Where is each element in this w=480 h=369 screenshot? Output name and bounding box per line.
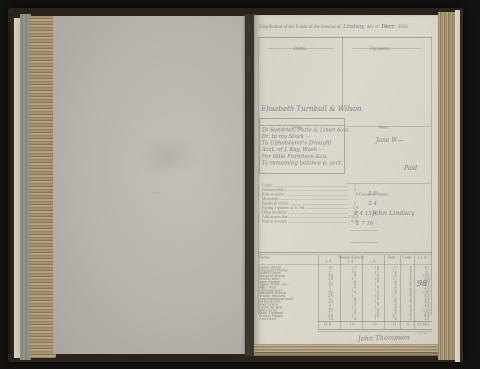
totals-cell: · 14 ·	[336, 322, 359, 327]
schedule-block: Coffin 3 · Session-clerk 3 · Kirk-treasu…	[262, 183, 358, 247]
schedule-total-hw: 3 4	[351, 199, 377, 209]
schedule-brace: {	[256, 185, 261, 197]
executors-rule	[346, 183, 431, 184]
dotted-leader	[288, 213, 347, 214]
totals-name	[258, 322, 313, 327]
totals-grand: £3 18 6	[414, 322, 431, 327]
register-top-rule	[258, 252, 432, 253]
right-cover-edge	[460, 8, 463, 362]
schedule-row-label: Paid to account	[262, 219, 287, 224]
register-cell: · 6	[382, 317, 399, 320]
paid-handwritten: Paid	[404, 165, 417, 172]
debts-box-header: Debts.	[260, 119, 344, 126]
totals-grand: £7 10 ·	[414, 332, 431, 334]
wants-rule	[346, 126, 431, 127]
bottom-page-edges	[254, 344, 450, 356]
totals-cell	[336, 332, 359, 334]
show-through-smudge	[138, 136, 198, 176]
entry-name-handwritten: Elisabeth Turnbull & Wilson	[261, 105, 362, 113]
form-header-year: 1834	[398, 24, 408, 29]
dotted-leader	[280, 200, 348, 201]
dotted-leader	[290, 204, 347, 205]
dotted-leader	[289, 218, 346, 219]
totals-cell: 6 ·	[399, 322, 414, 327]
schedule-brace: {	[256, 211, 261, 223]
signature-handwritten: John Thompson	[358, 333, 410, 342]
schedule-totals-handwritten: 1 83 4£ 4 13 4£ 7 10 ·	[351, 189, 377, 229]
debts-line-handwritten: To Upholsterer's Draught	[262, 140, 344, 147]
register-subheads: s. d.s. d.s. d.	[258, 259, 432, 264]
debts-box: Debts. To Sundries, Plate & Linen &ca.Dr…	[259, 118, 345, 174]
totals-cell: · 18 ·	[359, 322, 382, 327]
dotted-leader	[274, 186, 348, 187]
case-number-handwritten: 98	[417, 279, 427, 288]
schedule-row: Paid to account · 4 10	[262, 219, 358, 224]
register-row-name: Ann Davie	[258, 317, 313, 320]
executor-name-handwritten: John Lindsay	[372, 209, 415, 217]
form-header-printed: Distribution of the Funds of the Session…	[259, 24, 341, 29]
register-rows-clip: Agnes Brown 1 6 · 9 1 6 · 6 4 4 1 Elisab…	[258, 266, 432, 320]
register-totals: £1 9 · · 14 · · 18 · · 11 6 · £3 18 6 £	[258, 322, 432, 334]
register-subhead: s. d.	[318, 259, 340, 264]
register-totals-row: £1 9 · · 14 · · 18 · · 11 6 · £3 18 6	[258, 322, 431, 327]
register-cell: 1 ·	[359, 317, 382, 320]
show-through-mark: ·	[203, 146, 205, 154]
totals-cell	[313, 332, 336, 334]
dotted-leader	[286, 195, 347, 196]
register-row-total: 4 1	[414, 317, 431, 320]
dotted-leader	[285, 191, 347, 192]
debts-box-lines: To Sundries, Plate & Linen &ca.Dr. to my…	[260, 126, 343, 167]
sum-rule	[350, 230, 378, 231]
register-subhead: s. d.	[340, 259, 362, 264]
totals-cell: · 11	[382, 322, 399, 327]
schedule-rows: Coffin 3 · Session-clerk 3 · Kirk-treasu…	[262, 183, 358, 224]
book: — · Distribution of the Funds of the Ses…	[8, 8, 463, 362]
register-cell: · 9	[336, 317, 359, 320]
totals-double-rule-b	[318, 331, 432, 332]
underline-payments	[352, 48, 422, 49]
header-rule	[258, 37, 432, 38]
column-header-payments: Payments.	[357, 40, 417, 58]
form-header-month-handwritten: Decr.	[381, 24, 395, 30]
left-page-blank: — ·	[53, 16, 245, 354]
register-row: Ann Davie 1 6 · 9 1 · · 6 4 4 1	[258, 317, 431, 320]
totals-name	[258, 332, 313, 334]
schedule-total-hw: 1 8	[351, 189, 377, 199]
debts-line-handwritten: To Sundries, Plate & Linen &ca.	[262, 127, 344, 134]
sum-rule-double	[350, 242, 378, 243]
right-page-form: Distribution of the Funds of the Session…	[254, 15, 446, 352]
wants-name-handwritten: Jane W—	[376, 137, 403, 144]
schedule-total-hw: £ 7 10 ·	[351, 219, 377, 229]
register-head-rule	[258, 264, 432, 265]
totals-cell: £1 9 ·	[313, 322, 336, 327]
register-rows: Agnes Brown 1 6 · 9 1 6 · 6 4 4 1 Elisab…	[258, 266, 431, 320]
show-through-mark: —	[153, 188, 160, 196]
register-cell: 4	[399, 317, 414, 320]
column-header-debts: Debts.	[274, 40, 334, 58]
wants-header: Wants.	[346, 119, 431, 137]
register-subhead: s. d.	[362, 259, 384, 264]
photo-of-open-ledger: — · Distribution of the Funds of the Ses…	[0, 0, 480, 369]
mid-column-rule	[342, 37, 343, 108]
underline-debts	[268, 48, 334, 49]
form-header-dayof: day of	[367, 24, 379, 29]
dotted-leader	[306, 209, 347, 210]
debts-line-handwritten: To remaining balance p. acct.	[262, 160, 344, 167]
dotted-leader	[288, 222, 347, 223]
schedule-total-hw: £ 4 13 4	[351, 209, 377, 219]
register-cell: 1 6	[313, 317, 336, 320]
totals-double-rule-a	[318, 329, 432, 330]
form-header-name-handwritten: Lindsay	[343, 24, 364, 30]
